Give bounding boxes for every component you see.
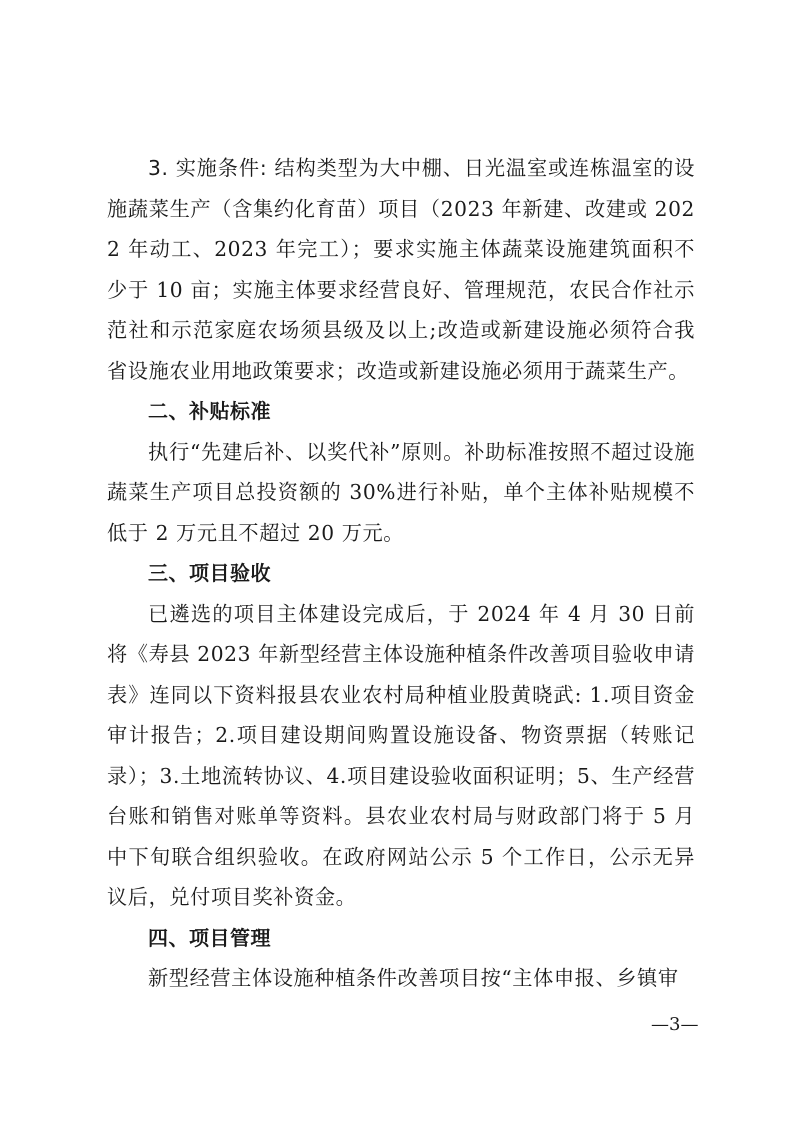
section-heading-subsidy-standard: 二、补贴标准 <box>107 391 695 432</box>
paragraph-subsidy-standard: 执行“先建后补、以奖代补”原则。补助标准按照不超过设施蔬菜生产项目总投资额的 3… <box>107 432 695 554</box>
paragraph-text: 结构类型为大中棚、日光温室或连栋温室的设施蔬菜生产（含集约化育苗）项目（2023… <box>107 156 695 383</box>
paragraph-project-acceptance: 已遴选的项目主体建设完成后，于 2024 年 4 月 30 日前将《寿县 202… <box>107 594 695 918</box>
page-number: —3— <box>651 1014 698 1035</box>
paragraph-implementation-conditions: 3. 实施条件: 结构类型为大中棚、日光温室或连栋温室的设施蔬菜生产（含集约化育… <box>107 148 695 391</box>
paragraph-project-management: 新型经营主体设施种植条件改善项目按“主体申报、乡镇审 <box>107 958 695 999</box>
paragraph-lead: 3. 实施条件: <box>148 156 267 180</box>
section-heading-project-acceptance: 三、项目验收 <box>107 553 695 594</box>
section-heading-project-management: 四、项目管理 <box>107 918 695 959</box>
document-page: 3. 实施条件: 结构类型为大中棚、日光温室或连栋温室的设施蔬菜生产（含集约化育… <box>107 148 695 999</box>
